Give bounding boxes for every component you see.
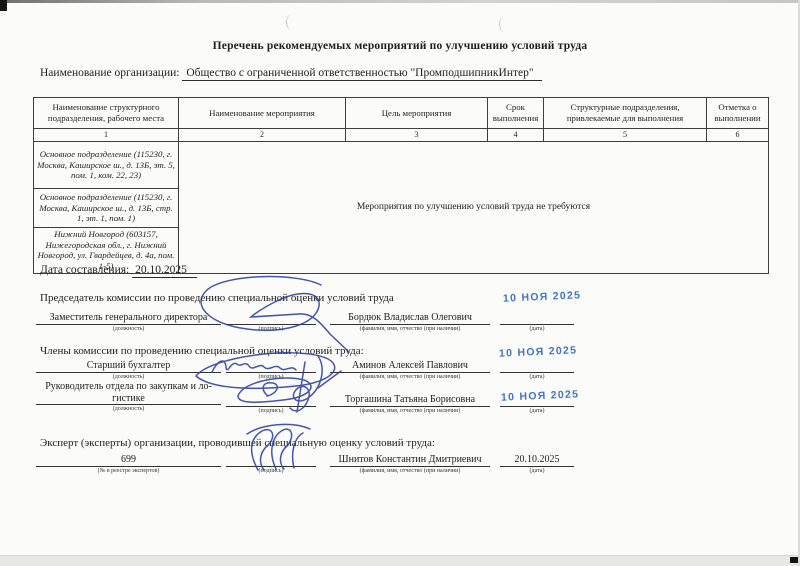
date-label: (дата) — [500, 326, 574, 333]
date-line — [500, 393, 574, 407]
date-value: 20.10.2025 — [500, 453, 574, 467]
organization-line: Наименование организации: Общество с огр… — [40, 67, 542, 79]
member1-name-cell: Аминов Алексей Павлович (фамилия, имя, о… — [330, 359, 490, 381]
member1-position-cell: Старший бухгалтер (должность) — [36, 359, 221, 381]
full-name-label: (фамилия, имя, отчество (при наличии) — [330, 374, 490, 381]
signature-line — [226, 393, 316, 407]
member2-signature-cell: (подпись) — [226, 393, 316, 415]
signature-label: (подпись) — [226, 326, 316, 333]
expert-date-cell: 20.10.2025 (дата) — [500, 453, 574, 475]
header-measure-goal: Цель мероприятия — [346, 98, 488, 129]
header-completion-mark: Отметка о выполнении — [707, 98, 769, 129]
col-number: 1 — [34, 129, 179, 142]
position-label: (должность) — [36, 374, 221, 381]
header-deadline: Срок выполнения — [488, 98, 544, 129]
signature-line — [226, 453, 316, 467]
date-line — [500, 359, 574, 373]
scan-edge-bottom — [0, 555, 800, 566]
page-title: Перечень рекомендуемых мероприятий по ул… — [0, 40, 800, 52]
full-name-label: (фамилия, имя, отчество (при наличии) — [330, 326, 490, 333]
position-value: Руководитель отдела по закупкам и ло- ги… — [36, 381, 221, 405]
compose-date-label: Дата составления: — [40, 264, 129, 276]
position-label: (должность) — [36, 406, 221, 413]
header-structural-unit: Наименование структурного подразделения,… — [34, 98, 179, 129]
structural-unit-cell: Основное подразделение (115230, г. Москв… — [34, 189, 179, 228]
scan-artifact-arc — [498, 17, 509, 33]
compose-date-line: Дата составления: 20.10.2025 — [40, 264, 197, 276]
header-involved-units: Структурные подразделения, привлекаемые … — [544, 98, 707, 129]
handwritten-signatures-overlay — [0, 0, 800, 566]
position-value: Старший бухгалтер — [36, 359, 221, 373]
scan-artifact-arc — [285, 15, 296, 31]
organization-name-value: Общество с ограниченной ответственностью… — [182, 67, 541, 81]
full-name-value: Аминов Алексей Павлович — [330, 359, 490, 373]
full-name-label: (фамилия, имя, отчество (при наличии) — [330, 468, 490, 475]
chairman-position-cell: Заместитель генерального директора (долж… — [36, 311, 221, 333]
member1-date-cell: (дата) — [500, 359, 574, 381]
chairman-signature-cell: (подпись) — [226, 311, 316, 333]
signature-line — [226, 311, 316, 325]
date-label: (дата) — [500, 468, 574, 475]
scan-edge-top — [0, 0, 800, 3]
date-label: (дата) — [500, 408, 574, 415]
member2-position-cell: Руководитель отдела по закупкам и ло- ги… — [36, 381, 221, 413]
date-stamp: 10 НОЯ 2025 — [503, 289, 582, 304]
chairman-name-cell: Бордюк Владислав Олегович (фамилия, имя,… — [330, 311, 490, 333]
full-name-value: Торгашина Татьяна Борисовна — [330, 393, 490, 407]
no-measures-note-cell: Мероприятия по улучшению условий труда н… — [179, 142, 769, 274]
chairman-date-cell: (дата) — [500, 311, 574, 333]
chairman-section-heading: Председатель комиссии по проведению спец… — [40, 292, 394, 304]
recommended-measures-table: Наименование структурного подразделения,… — [33, 97, 769, 274]
expert-name-cell: Шнитов Константин Дмитриевич (фамилия, и… — [330, 453, 490, 475]
organization-label: Наименование организации: — [40, 67, 179, 79]
table-row: Основное подразделение (115230, г. Москв… — [34, 142, 769, 189]
registry-label: (№ в реестре экспертов) — [36, 468, 221, 475]
structural-unit-cell: Основное подразделение (115230, г. Москв… — [34, 142, 179, 189]
expert-signature-cell: (подпись) — [226, 453, 316, 475]
scan-corner-mark-top-left — [0, 0, 7, 11]
col-number: 5 — [544, 129, 707, 142]
position-value: Заместитель генерального директора — [36, 311, 221, 325]
col-number: 2 — [179, 129, 346, 142]
header-measure-name: Наименование мероприятия — [179, 98, 346, 129]
compose-date-value: 20.10.2025 — [132, 264, 197, 278]
date-label: (дата) — [500, 374, 574, 381]
registry-number-value: 699 — [36, 453, 221, 467]
full-name-value: Шнитов Константин Дмитриевич — [330, 453, 490, 467]
member2-name-cell: Торгашина Татьяна Борисовна (фамилия, им… — [330, 393, 490, 415]
table-header-row: Наименование структурного подразделения,… — [34, 98, 769, 129]
members-section-heading: Члены комиссии по проведению специальной… — [40, 345, 364, 357]
member1-signature-cell: (подпись) — [226, 359, 316, 381]
col-number: 4 — [488, 129, 544, 142]
col-number: 6 — [707, 129, 769, 142]
full-name-label: (фамилия, имя, отчество (при наличии) — [330, 408, 490, 415]
expert-section-heading: Эксперт (эксперты) организации, проводив… — [40, 437, 435, 449]
position-label: (должность) — [36, 326, 221, 333]
full-name-value: Бордюк Владислав Олегович — [330, 311, 490, 325]
expert-registry-cell: 699 (№ в реестре экспертов) — [36, 453, 221, 475]
signature-label: (подпись) — [226, 468, 316, 475]
col-number: 3 — [346, 129, 488, 142]
date-stamp: 10 НОЯ 2025 — [499, 344, 578, 359]
member2-date-cell: (дата) — [500, 393, 574, 415]
column-numbers-row: 1 2 3 4 5 6 — [34, 129, 769, 142]
signature-line — [226, 359, 316, 373]
signature-label: (подпись) — [226, 374, 316, 381]
date-line — [500, 311, 574, 325]
signature-label: (подпись) — [226, 408, 316, 415]
scanned-document-page: Перечень рекомендуемых мероприятий по ул… — [0, 0, 800, 566]
